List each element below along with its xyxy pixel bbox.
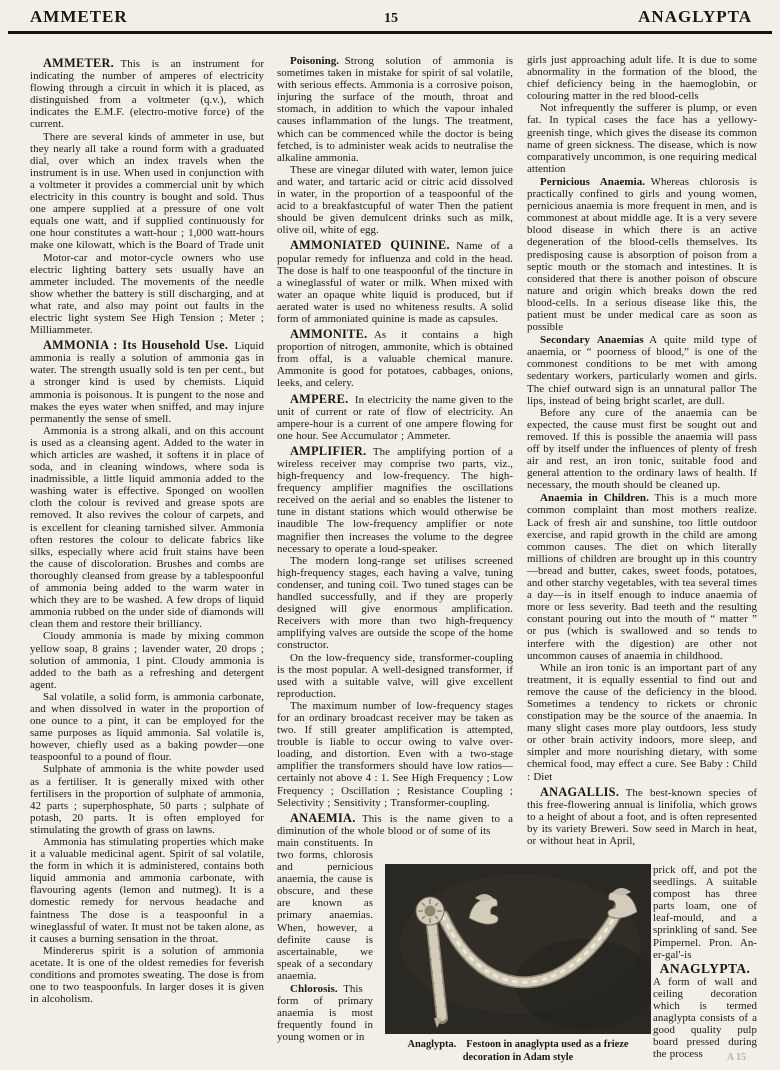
paragraph-block: Sulphate of ammonia is the white powder … (30, 763, 264, 836)
text-column-1: AMMETER. This is an instrument for indic… (30, 54, 264, 1066)
entry-term: Poisoning. (290, 55, 345, 67)
entry-term: Secondary Anaemias (540, 334, 649, 346)
entry-block: Anaemia in Children. This is a much more… (527, 491, 757, 661)
figure-caption-term: Anaglypta. (407, 1039, 456, 1050)
entry-block: AMMONITE. As it contains a high proporti… (277, 325, 513, 389)
paragraph-block: main constituents. In two forms, chloros… (277, 837, 373, 982)
paragraph-block: Not infrequently the sufferer is plump, … (527, 102, 757, 175)
entry-term: Pernicious Anaemia. (540, 176, 651, 188)
figure-caption-text: Festoon in anaglypta used as a frieze de… (463, 1039, 629, 1063)
paragraph-block: girls just approaching adult life. It is… (527, 54, 757, 102)
paragraph-block: prick off, and pot the seedlings. A suit… (653, 864, 757, 961)
page-number: 15 (271, 11, 512, 27)
paragraph-block: Cloudy ammonia is made by mixing common … (30, 630, 264, 690)
festoon-photo (385, 864, 651, 1034)
entry-term: AMPERE. (290, 392, 355, 406)
entry-block: AMMONIATED QUININE. Name of a popular re… (277, 236, 513, 325)
entry-block: AMPLIFIER. The amplifying portion of a w… (277, 442, 513, 555)
header-left-word: AMMETER (30, 7, 271, 27)
entry-block: ANAEMIA. This is the name given to a dim… (277, 809, 513, 837)
figure-caption: Anaglypta.Festoon in anaglypta used as a… (385, 1039, 651, 1064)
printers-signature-mark: A 15 (727, 1052, 746, 1063)
paragraph-block: Ammonia is a strong alkali, and on this … (30, 425, 264, 631)
entry-term: AMMONIATED QUININE. (290, 238, 456, 252)
running-header: AMMETER 15 ANAGLYPTA (30, 7, 752, 27)
paragraph-block: While an iron tonic is an important part… (527, 662, 757, 783)
entry-term: AMPLIFIER. (290, 444, 373, 458)
paragraph-block: Sal volatile, a solid form, is ammonia c… (30, 691, 264, 764)
header-rule (8, 31, 772, 34)
paragraph-block: These are vinegar diluted with water, le… (277, 164, 513, 237)
header-right-word: ANAGLYPTA (511, 7, 752, 27)
paragraph-block: Ammonia has stimulating properties which… (30, 836, 264, 945)
entry-block: ANAGALLIS. The best-known species of thi… (527, 783, 757, 847)
anaglypta-figure: Anaglypta.Festoon in anaglypta used as a… (385, 864, 651, 1064)
paragraph-block: Mindererus spirit is a solution of ammon… (30, 945, 264, 1005)
entry-block: ANAGLYPTA. (653, 961, 757, 976)
entry-term: AMMONITE. (290, 327, 374, 341)
paragraph-block: Motor-car and motor-cycle owners who use… (30, 252, 264, 337)
entry-block: AMMONIA : Its Household Use. Liquid ammo… (30, 336, 264, 425)
entry-term: AMMETER. (43, 56, 121, 70)
festoon-photo-art (385, 864, 651, 1034)
entry-term: ANAGLYPTA. (660, 961, 751, 976)
entry-term: ANAGALLIS. (540, 785, 626, 799)
encyclopedia-page: AMMETER 15 ANAGLYPTA AMMETER. This is an… (0, 0, 780, 1070)
entry-term: Anaemia in Children. (540, 492, 654, 504)
paragraph-block: The maximum number of low-frequency stag… (277, 700, 513, 809)
paragraph-block: There are several kinds of ammeter in us… (30, 131, 264, 252)
entry-term: AMMONIA : Its Household Use. (43, 338, 235, 352)
entry-block: Poisoning. Strong solution of ammonia is… (277, 54, 513, 164)
entry-block: AMMETER. This is an instrument for indic… (30, 54, 264, 131)
entry-block: Secondary Anaemias A quite mild type of … (527, 333, 757, 407)
entry-term: ANAEMIA. (290, 811, 362, 825)
paragraph-block: Before any cure of the anaemia can be ex… (527, 407, 757, 492)
paragraph-block: The modern long-range set utilises scree… (277, 555, 513, 652)
entry-block: Chlorosis. This form of primary anaemia … (277, 982, 373, 1043)
entry-block: AMPERE. In electricity the name given to… (277, 390, 513, 442)
entry-term: Chlorosis. (290, 983, 343, 995)
paragraph-block: A form of wall and ceiling decoration wh… (653, 976, 757, 1061)
entry-block: Pernicious Anaemia. Whereas chlorosis is… (527, 175, 757, 333)
paragraph-block: On the low-frequency side, transformer-c… (277, 652, 513, 700)
